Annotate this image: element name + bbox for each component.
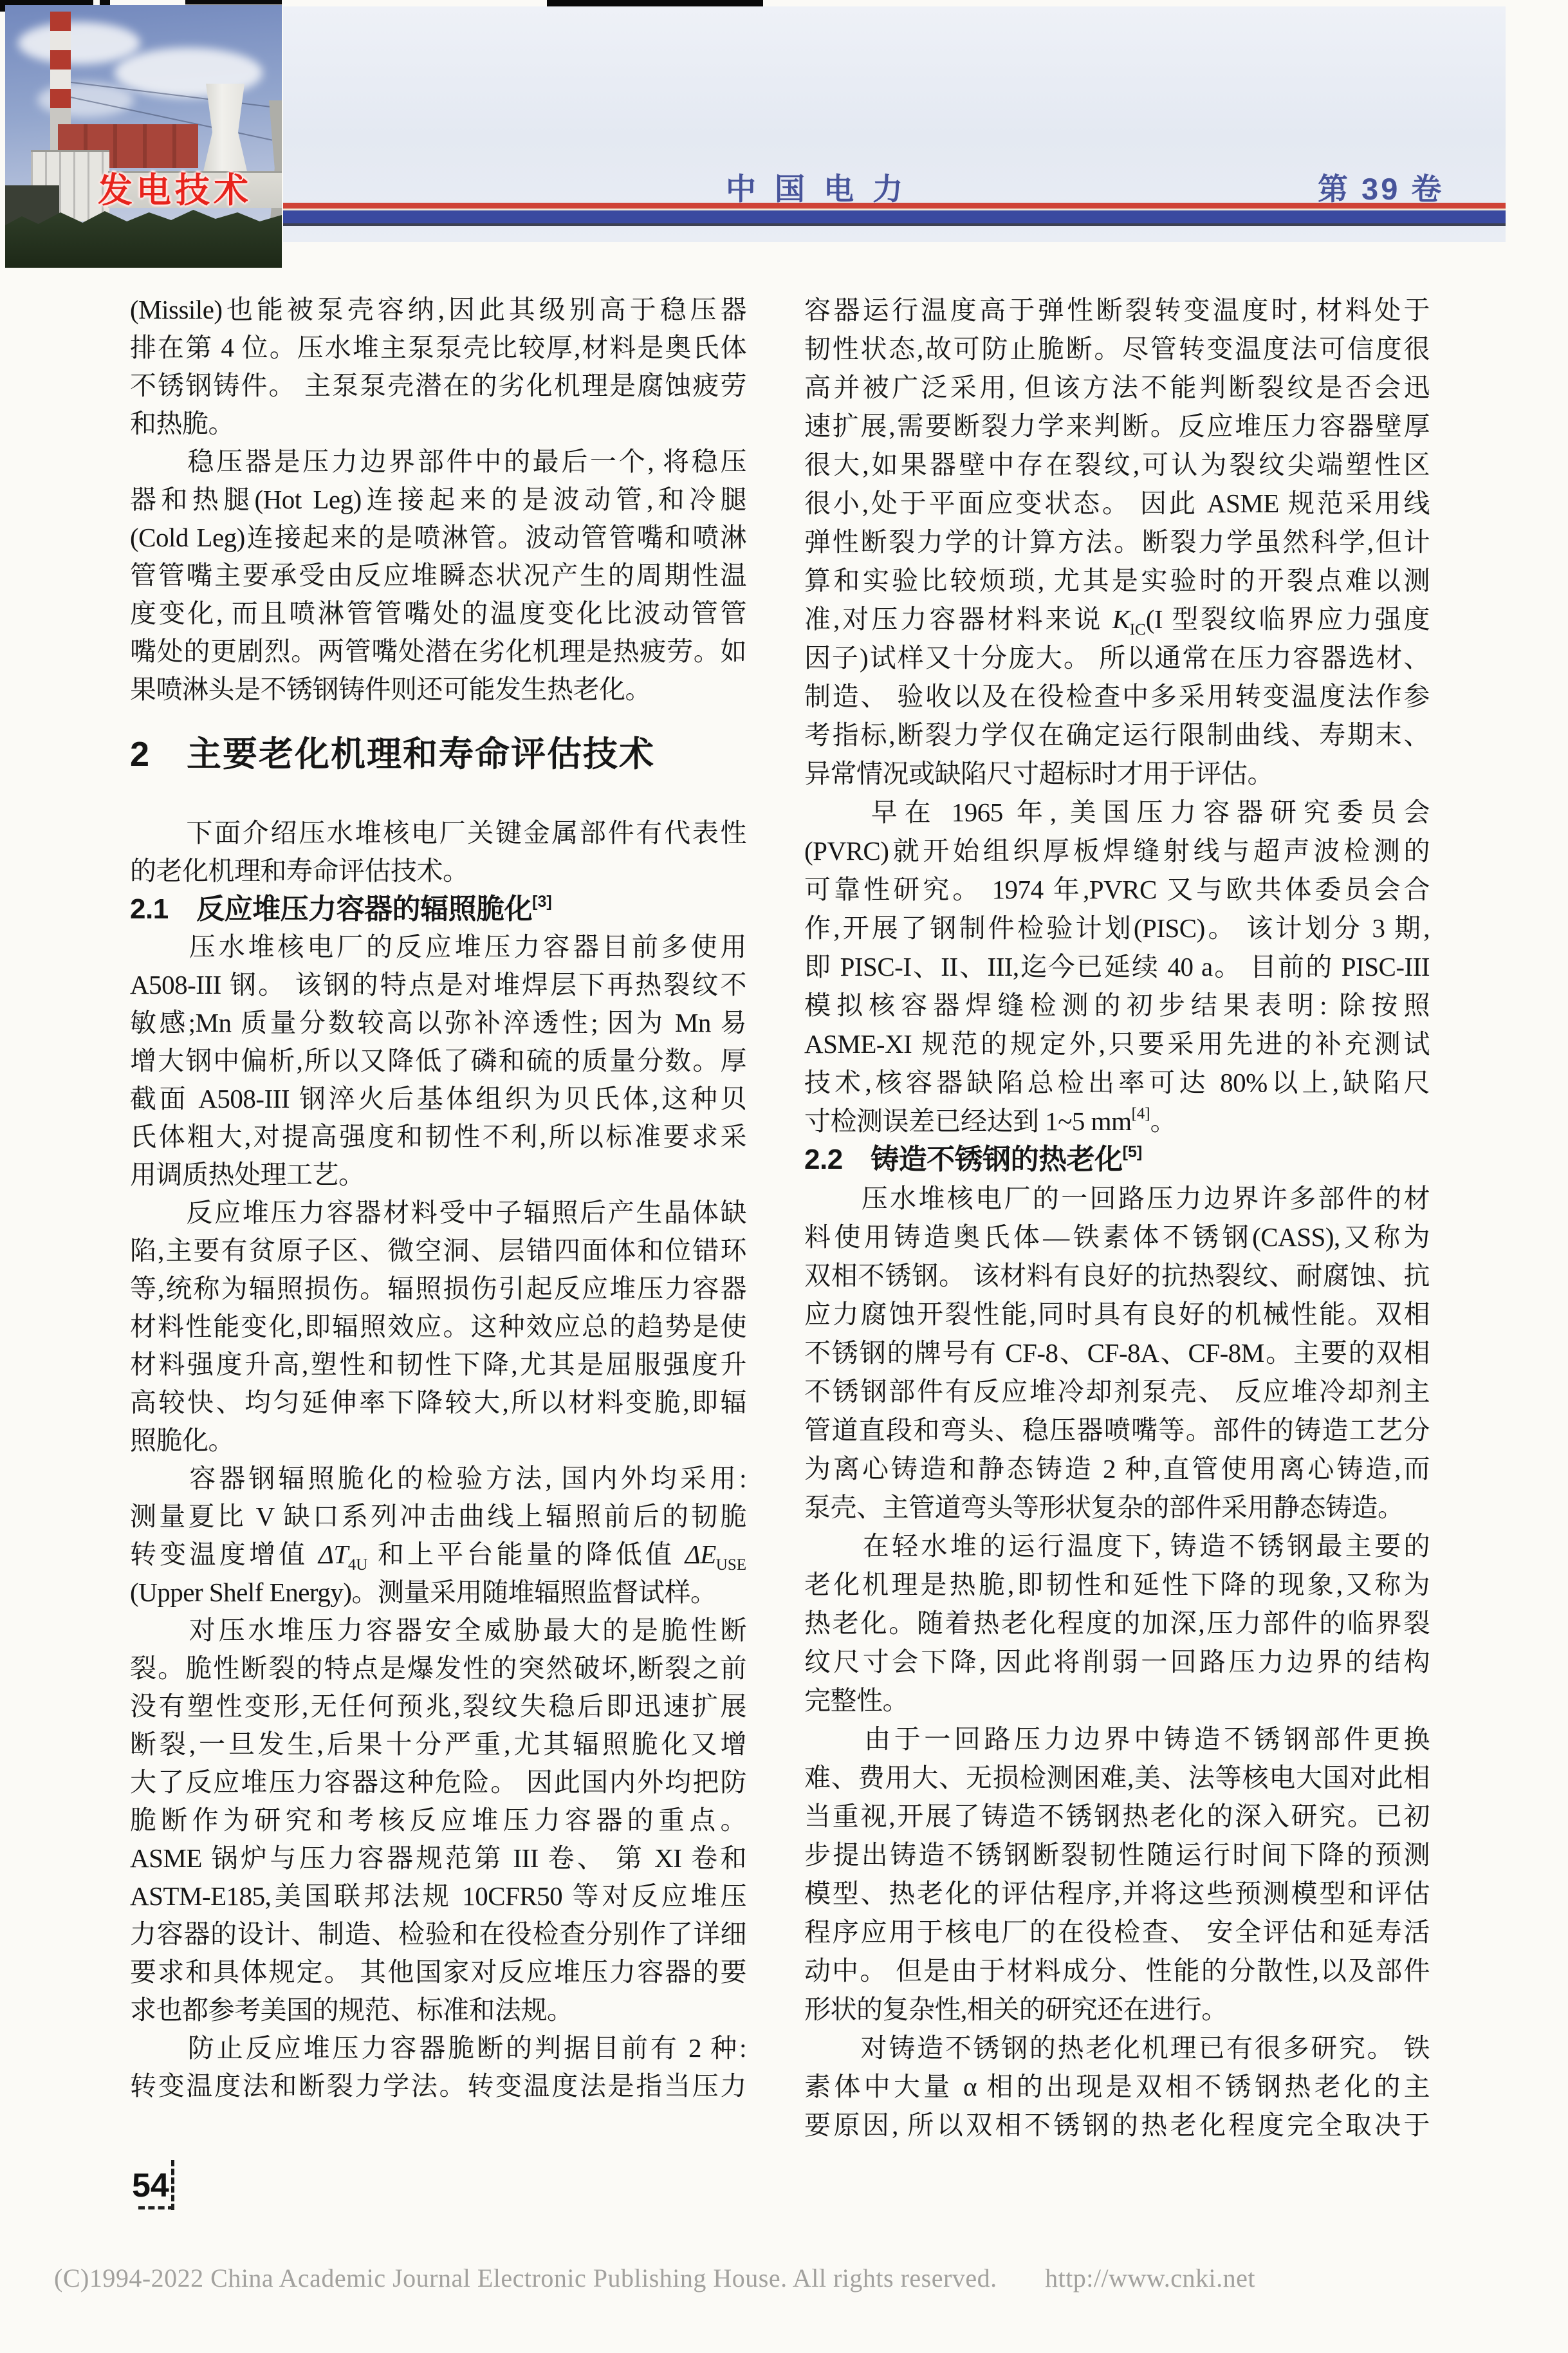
text-line: 形状的复杂性,相关的研究还在进行。: [804, 1990, 1430, 2029]
journal-title: 中 国 电 力: [726, 165, 908, 209]
text-line: 在轻水堆的运行温度下, 铸造不锈钢最主要的: [804, 1527, 1430, 1565]
blue-rule: [283, 210, 1506, 226]
text-line: 照脆化。: [130, 1422, 746, 1460]
text-line: 果喷淋头是不锈钢铸件则还可能发生热老化。: [130, 671, 746, 709]
text-line: 敏感;Mn 质量分数较高以弥补淬透性; 因为 Mn 易: [130, 1004, 746, 1042]
volume-label: 第 39 卷: [1318, 165, 1444, 209]
page-number-rule: [171, 2160, 174, 2210]
right-column: 容器运行温度高于弹性断裂转变温度时, 材料处于韧性状态,故可防止脆断。尽管转变温…: [804, 291, 1430, 2144]
text-line: 热老化。随着热老化程度的加深,压力部件的临界裂: [804, 1604, 1430, 1642]
text-line: 双相不锈钢。 该材料有良好的抗热裂纹、耐腐蚀、抗: [804, 1256, 1430, 1295]
text-line: 不锈钢部件有反应堆冷却剂泵壳、 反应堆冷却剂主: [804, 1372, 1430, 1411]
text-line: 防止反应堆压力容器脆断的判据目前有 2 种:: [130, 2029, 746, 2067]
text-line: 材料强度升高,塑性和韧性下降,尤其是屈服强度升: [130, 1346, 746, 1384]
section-heading: 2.1 反应堆压力容器的辐照脆化[3]: [130, 890, 746, 928]
text-line: 素体中大量 α 相的出现是双相不锈钢热老化的主: [804, 2067, 1430, 2106]
text-line: 可靠性研究。 1974 年,PVRC 又与欧共体委员会合: [804, 870, 1430, 909]
text-line: 用调质热处理工艺。: [130, 1156, 746, 1194]
text-line: 即 PISC-I、II、III,迄今已延续 40 a。 目前的 PISC-III: [804, 947, 1430, 986]
text-line: 模拟核容器焊缝检测的初步结果表明: 除按照: [804, 986, 1430, 1025]
banner-title: 发电技术: [98, 163, 252, 212]
text-line: 脆断作为研究和考核反应堆压力容器的重点。: [130, 1801, 746, 1839]
text-line: 嘴处的更剧烈。两管嘴处潜在劣化机理是热疲劳。如: [130, 633, 746, 671]
text-line: 制造、 验收以及在役检查中多采用转变温度法作参: [804, 677, 1430, 716]
text-line: 步提出铸造不锈钢断裂韧性随运行时间下降的预测: [804, 1836, 1430, 1874]
text-line: 要原因, 所以双相不锈钢的热老化程度完全取决于: [804, 2106, 1430, 2144]
text-line: 早在 1965 年, 美国压力容器研究委员会: [804, 793, 1430, 832]
text-line: 2 主要老化机理和寿命评估技术: [130, 730, 746, 778]
paragraph: 对压水堆压力容器安全威胁最大的是脆性断裂。脆性断裂的特点是爆发性的突然破坏,断裂…: [130, 1612, 746, 2029]
text-line: 排在第 4 位。压水堆主泵泵壳比较厚,材料是奥氏体: [130, 329, 746, 367]
text-line: 异常情况或缺陷尺寸超标时才用于评估。: [804, 754, 1430, 793]
text-line: 弹性断裂力学的计算方法。断裂力学虽然科学,但计: [804, 523, 1430, 561]
paragraph: 反应堆压力容器材料受中子辐照后产生晶体缺陷,主要有贫原子区、微空洞、层错四面体和…: [130, 1194, 746, 1460]
section-heading: 2 主要老化机理和寿命评估技术: [130, 730, 746, 778]
text-line: 寸检测误差已经达到 1~5 mm[4]。: [804, 1102, 1430, 1140]
paragraph: 压水堆核电厂的一回路压力边界许多部件的材料使用铸造奥氏体—铁素体不锈钢(CASS…: [804, 1179, 1430, 1527]
text-line: 度变化, 而且喷淋管管嘴处的温度变化比波动管管: [130, 595, 746, 633]
text-line: 压水堆核电厂的一回路压力边界许多部件的材: [804, 1179, 1430, 1218]
text-line: 求也都参考美国的规范、标准和法规。: [130, 1991, 746, 2029]
text-line: 对铸造不锈钢的热老化机理已有很多研究。 铁: [804, 2029, 1430, 2067]
text-line: 完整性。: [804, 1681, 1430, 1720]
text-line: 高并被广泛采用, 但该方法不能判断裂纹是否会迅: [804, 368, 1430, 407]
scanned-journal-page: { "header": { "banner_title": "发电技术", "j…: [0, 0, 1568, 2353]
paragraph: 在轻水堆的运行温度下, 铸造不锈钢最主要的老化机理是热脆,即韧性和延性下降的现象…: [804, 1527, 1430, 1720]
text-line: 下面介绍压水堆核电厂关键金属部件有代表性: [130, 814, 746, 852]
text-line: 不锈钢铸件。 主泵泵壳潜在的劣化机理是腐蚀疲劳: [130, 367, 746, 405]
text-line: 老化机理是热脆,即韧性和延性下降的现象,又称为: [804, 1565, 1430, 1604]
text-line: (Upper Shelf Energy)。测量采用随堆辐照监督试样。: [130, 1574, 746, 1612]
text-line: 转变温度法和断裂力学法。转变温度法是指当压力: [130, 2067, 746, 2105]
text-line: 程序应用于核电厂的在役检查、 安全评估和延寿活: [804, 1913, 1430, 1951]
paragraph: 容器钢辐照脆化的检验方法, 国内外均采用:测量夏比 V 缺口系列冲击曲线上辐照前…: [130, 1460, 746, 1612]
text-line: 准,对压力容器材料来说 KIC(I 型裂纹临界应力强度: [804, 600, 1430, 638]
page-number-dash: [138, 2206, 174, 2209]
text-line: 截面 A508-III 钢淬火后基体组织为贝氏体,这种贝: [130, 1080, 746, 1118]
text-line: (PVRC)就开始组织厚板焊缝射线与超声波检测的: [804, 832, 1430, 870]
striped-chimney: [50, 12, 71, 108]
cooling-tower-partial: [269, 100, 282, 236]
text-line: 要求和具体规定。 其他国家对反应堆压力容器的要: [130, 1953, 746, 1991]
text-line: 转变温度增值 ΔT4U 和上平台能量的降低值 ΔEUSE: [130, 1536, 746, 1574]
text-line: 纹尺寸会下降, 因此将削弱一回路压力边界的结构: [804, 1642, 1430, 1681]
scan-artifact: [185, 0, 282, 5]
header-band: 中 国 电 力 第 39 卷: [283, 6, 1506, 242]
text-line: 容器钢辐照脆化的检验方法, 国内外均采用:: [130, 1460, 746, 1498]
text-line: 当重视,开展了铸造不锈钢热老化的深入研究。已初: [804, 1797, 1430, 1836]
paragraph: 稳压器是压力边界部件中的最后一个, 将稳压器和热腿(Hot Leg)连接起来的是…: [130, 443, 746, 709]
left-column: (Missile)也能被泵壳容纳,因此其级别高于稳压器排在第 4 位。压水堆主泵…: [130, 291, 746, 2105]
text-line: 大了反应堆压力容器这种危险。 因此国内外均把防: [130, 1763, 746, 1801]
text-line: 断裂,一旦发生,后果十分严重,尤其辐照脆化又增: [130, 1725, 746, 1763]
paragraph: 容器运行温度高于弹性断裂转变温度时, 材料处于韧性状态,故可防止脆断。尽管转变温…: [804, 291, 1430, 793]
text-line: 难、费用大、无损检测困难,美、法等核电大国对此相: [804, 1758, 1430, 1797]
text-line: 力容器的设计、制造、检验和在役检查分别作了详细: [130, 1915, 746, 1953]
text-line: 为离心铸造和静态铸造 2 种,直管使用离心铸造,而: [804, 1449, 1430, 1488]
copyright-text: (C)1994-2022 China Academic Journal Elec…: [54, 2264, 997, 2293]
text-line: 考指标,断裂力学仅在确定运行限制曲线、寿期末、: [804, 716, 1430, 754]
text-line: 韧性状态,故可防止脆断。尽管转变温度法可信度很: [804, 330, 1430, 368]
text-line: 动中。 但是由于材料成分、性能的分散性,以及部件: [804, 1951, 1430, 1990]
text-line: 管道直段和弯头、稳压器喷嘴等。部件的铸造工艺分: [804, 1411, 1430, 1449]
text-line: 模型、热老化的评估程序,并将这些预测模型和评估: [804, 1874, 1430, 1913]
text-line: 对压水堆压力容器安全威胁最大的是脆性断: [130, 1612, 746, 1650]
paragraph: 由于一回路压力边界中铸造不锈钢部件更换难、费用大、无损检测困难,美、法等核电大国…: [804, 1720, 1430, 2029]
text-line: 泵壳、主管道弯头等形状复杂的部件采用静态铸造。: [804, 1488, 1430, 1527]
paragraph: 对铸造不锈钢的热老化机理已有很多研究。 铁素体中大量 α 相的出现是双相不锈钢热…: [804, 2029, 1430, 2144]
paragraph: 压水堆核电厂的反应堆压力容器目前多使用A508-III 钢。 该钢的特点是对堆焊…: [130, 928, 746, 1194]
text-line: 增大钢中偏析,所以又降低了磷和硫的质量分数。厚: [130, 1042, 746, 1080]
text-line: 很大,如果器壁中存在裂纹,可认为裂纹尖端塑性区: [804, 445, 1430, 484]
paragraph: 早在 1965 年, 美国压力容器研究委员会(PVRC)就开始组织厚板焊缝射线与…: [804, 793, 1430, 1140]
text-line: 的老化机理和寿命评估技术。: [130, 852, 746, 890]
text-line: 压水堆核电厂的反应堆压力容器目前多使用: [130, 928, 746, 966]
text-line: 很小,处于平面应变状态。 因此 ASME 规范采用线: [804, 484, 1430, 523]
text-line: 2.1 反应堆压力容器的辐照脆化[3]: [130, 890, 746, 928]
text-line: 稳压器是压力边界部件中的最后一个, 将稳压: [130, 443, 746, 481]
text-line: 管管嘴主要承受由反应堆瞬态状况产生的周期性温: [130, 557, 746, 595]
text-line: 裂。脆性断裂的特点是爆发性的突然破坏,断裂之前: [130, 1650, 746, 1688]
text-line: 由于一回路压力边界中铸造不锈钢部件更换: [804, 1720, 1430, 1758]
paragraph: (Missile)也能被泵壳容纳,因此其级别高于稳压器排在第 4 位。压水堆主泵…: [130, 291, 746, 443]
text-line: 技术,核容器缺陷总检出率可达 80%以上,缺陷尺: [804, 1063, 1430, 1102]
paragraph: 下面介绍压水堆核电厂关键金属部件有代表性的老化机理和寿命评估技术。: [130, 814, 746, 890]
text-line: 作,开展了钢制件检验计划(PISC)。 该计划分 3 期,: [804, 909, 1430, 947]
text-line: 算和实验比较烦琐, 尤其是实验时的开裂点难以测: [804, 561, 1430, 600]
text-line: A508-III 钢。 该钢的特点是对堆焊层下再热裂纹不: [130, 966, 746, 1004]
text-line: 和热脆。: [130, 405, 746, 443]
section-heading: 2.2 铸造不锈钢的热老化[5]: [804, 1140, 1430, 1179]
text-line: 不锈钢的牌号有 CF-8、CF-8A、CF-8M。主要的双相: [804, 1334, 1430, 1372]
text-line: 氏体粗大,对提高强度和韧性不利,所以标准要求采: [130, 1118, 746, 1156]
page-number-block: 54: [132, 2166, 169, 2205]
copyright-footer: (C)1994-2022 China Academic Journal Elec…: [54, 2263, 1508, 2293]
text-line: 速扩展,需要断裂力学来判断。反应堆压力容器壁厚: [804, 407, 1430, 445]
paragraph: 防止反应堆压力容器脆断的判据目前有 2 种:转变温度法和断裂力学法。转变温度法是…: [130, 2029, 746, 2105]
text-line: 应力腐蚀开裂性能,同时具有良好的机械性能。双相: [804, 1295, 1430, 1334]
text-line: 等,统称为辐照损伤。辐照损伤引起反应堆压力容器: [130, 1270, 746, 1308]
text-line: 材料性能变化,即辐照效应。这种效应总的趋势是使: [130, 1308, 746, 1346]
text-line: 2.2 铸造不锈钢的热老化[5]: [804, 1140, 1430, 1179]
text-line: (Cold Leg)连接起来的是喷淋管。波动管管嘴和喷淋: [130, 519, 746, 557]
text-line: 器和热腿(Hot Leg)连接起来的是波动管,和冷腿: [130, 481, 746, 519]
cnki-url: http://www.cnki.net: [1045, 2264, 1255, 2293]
text-line: ASTM-E185,美国联邦法规 10CFR50 等对反应堆压: [130, 1877, 746, 1915]
power-plant-photo: 发电技术: [5, 5, 282, 268]
text-line: 陷,主要有贫原子区、微空洞、层错四面体和位错环: [130, 1232, 746, 1270]
text-line: 高较快、均匀延伸率下降较大,所以材料变脆,即辐: [130, 1384, 746, 1422]
text-line: ASME-XI 规范的规定外,只要采用先进的补充测试: [804, 1025, 1430, 1063]
text-line: ASME 锅炉与压力容器规范第 III 卷、 第 XI 卷和: [130, 1839, 746, 1877]
page-number: 54: [132, 2167, 169, 2204]
text-line: 因子)试样又十分庞大。 所以通常在压力容器选材、: [804, 638, 1430, 677]
text-line: (Missile)也能被泵壳容纳,因此其级别高于稳压器: [130, 291, 746, 329]
text-line: 没有塑性变形,无任何预兆,裂纹失稳后即迅速扩展: [130, 1688, 746, 1725]
text-line: 测量夏比 V 缺口系列冲击曲线上辐照前后的韧脆: [130, 1498, 746, 1536]
text-line: 容器运行温度高于弹性断裂转变温度时, 材料处于: [804, 291, 1430, 330]
text-line: 料使用铸造奥氏体—铁素体不锈钢(CASS),又称为: [804, 1218, 1430, 1256]
red-rule: [283, 203, 1506, 209]
cloud: [18, 22, 140, 64]
text-line: 反应堆压力容器材料受中子辐照后产生晶体缺: [130, 1194, 746, 1232]
